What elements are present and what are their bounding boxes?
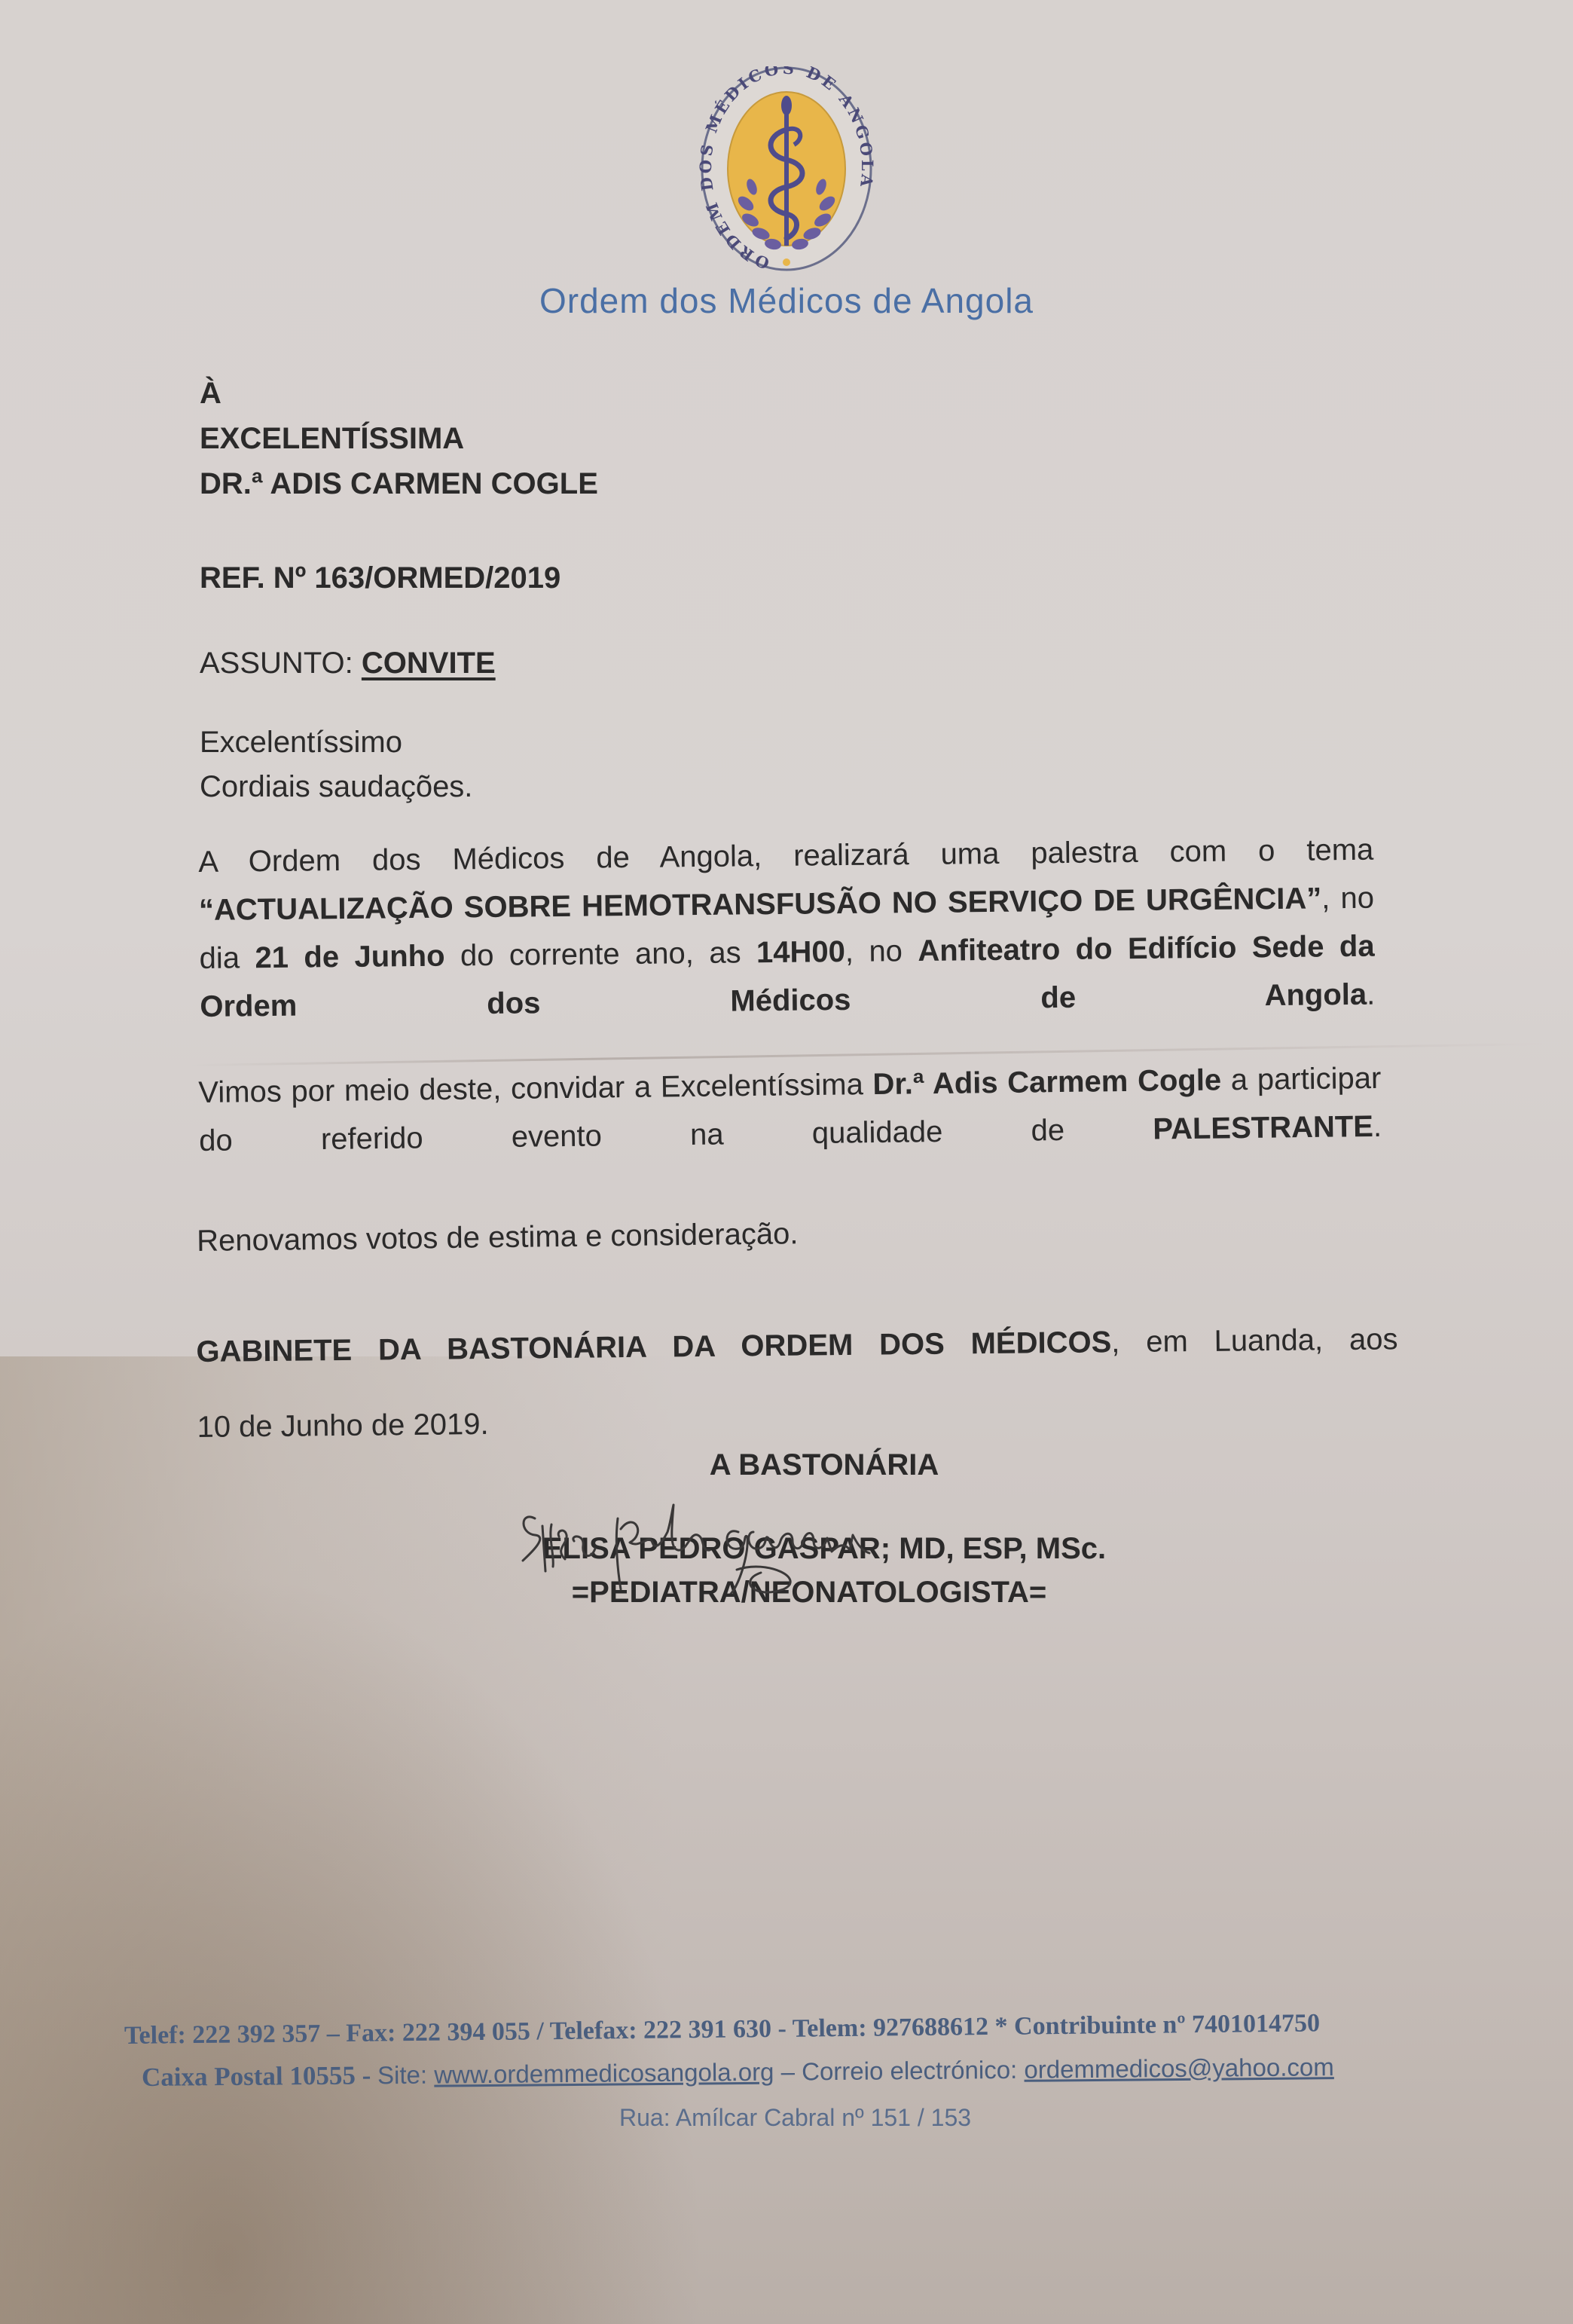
- postal-box: Caixa Postal 10555 -: [142, 2060, 377, 2092]
- invitee-role: PALESTRANTE: [1153, 1110, 1373, 1146]
- street-address: Rua: Amílcar Cabral nº 151 / 153: [619, 2104, 971, 2132]
- event-date: 21 de Junho: [255, 940, 444, 975]
- email-link[interactable]: ordemmedicos@yahoo.com: [1024, 2053, 1334, 2084]
- signatory-title: A BASTONÁRIA: [0, 1448, 1573, 1482]
- recipient-prefix: À: [200, 377, 221, 411]
- event-time: 14H00: [756, 935, 845, 969]
- handwritten-signature-icon: [512, 1488, 934, 1594]
- place-date-paragraph: GABINETE DA BASTONÁRIA DA ORDEM DOS MÉDI…: [196, 1301, 1403, 1465]
- subject-line: ASSUNTO: CONVITE: [200, 647, 496, 680]
- greeting-salutation: Excelentíssimo: [200, 726, 402, 760]
- recipient-title: EXCELENTÍSSIMA: [200, 422, 464, 456]
- reference-number: REF. Nº 163/ORMED/2019: [200, 561, 560, 595]
- office-name: GABINETE DA BASTONÁRIA DA ORDEM DOS MÉDI…: [196, 1326, 1111, 1368]
- speaker-invitation-paragraph: Vimos por meio deste, convidar a Excelen…: [198, 1054, 1382, 1165]
- invitation-paragraph: A Ordem dos Médicos de Angola, realizará…: [198, 826, 1376, 1031]
- ordem-medicos-logo-icon: ORDEM DOS MÉDICOS DE ANGOLA: [699, 66, 874, 277]
- subject-value: CONVITE: [362, 647, 496, 680]
- website-link[interactable]: www.ordemmedicosangola.org: [434, 2058, 774, 2089]
- invitee-name: Dr.ª Adis Carmem Cogle: [872, 1063, 1221, 1101]
- contact-phones: Telef: 222 392 357 – Fax: 222 394 055 / …: [124, 2009, 1320, 2050]
- contact-online: Caixa Postal 10555 - Site: www.ordemmedi…: [142, 2052, 1334, 2093]
- closing-remark: Renovamos votos de estima e consideração…: [197, 1217, 799, 1258]
- organization-name: Ordem dos Médicos de Angola: [0, 280, 1573, 321]
- greeting-regards: Cordiais saudações.: [200, 770, 472, 804]
- subject-label: ASSUNTO:: [200, 647, 362, 680]
- recipient-name: DR.ª ADIS CARMEN COGLE: [200, 467, 598, 501]
- lecture-topic: “ACTUALIZAÇÃO SOBRE HEMOTRANSFUSÃO NO SE…: [199, 882, 1322, 927]
